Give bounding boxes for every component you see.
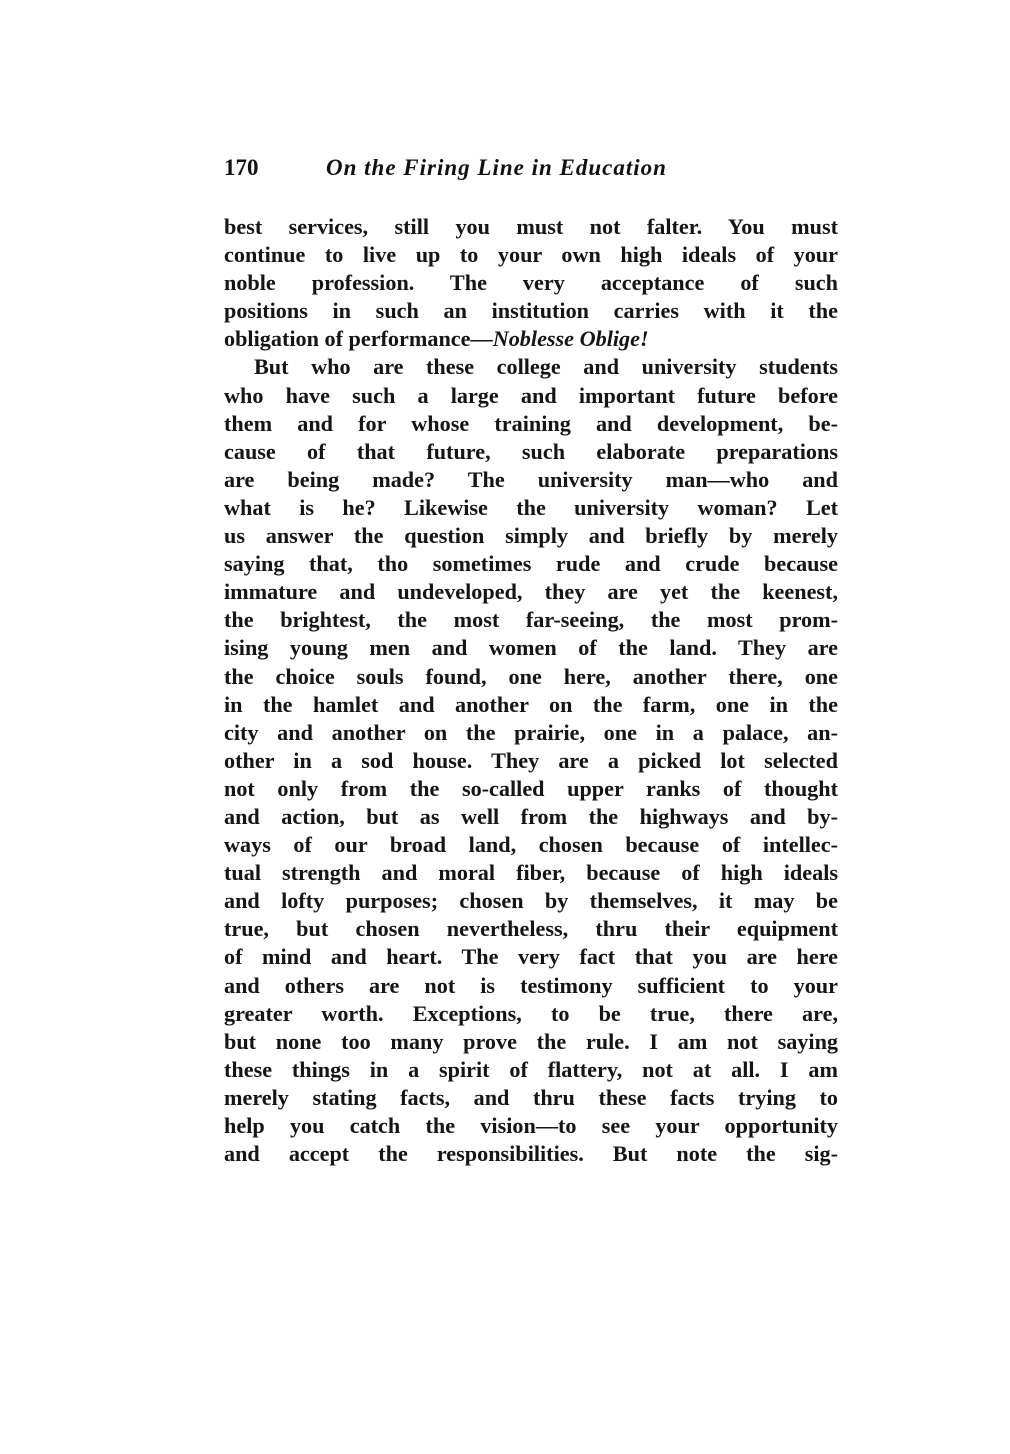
body-text: best services, still you must not falter… (224, 213, 838, 1168)
text-line: and others are not is testimony sufficie… (224, 972, 838, 1000)
text-line: ising young men and women of the land. T… (224, 634, 838, 662)
text-line: ways of our broad land, chosen because o… (224, 831, 838, 859)
text-line: continue to live up to your own high ide… (224, 241, 838, 269)
text-line: best services, still you must not falter… (224, 213, 838, 241)
text-line: other in a sod house. They are a picked … (224, 747, 838, 775)
text-line: help you catch the vision—to see your op… (224, 1112, 838, 1140)
text-line-paragraph-start: But who are these college and university… (224, 353, 838, 381)
text-run: obligation of performance— (224, 326, 493, 351)
text-line: immature and undeveloped, they are yet t… (224, 578, 838, 606)
text-line: these things in a spirit of flattery, no… (224, 1056, 838, 1084)
text-line: positions in such an institution carries… (224, 297, 838, 325)
text-line: true, but chosen nevertheless, thru thei… (224, 915, 838, 943)
book-title: On the Firing Line in Education (326, 155, 667, 181)
text-line: and action, but as well from the highway… (224, 803, 838, 831)
text-line: what is he? Likewise the university woma… (224, 494, 838, 522)
text-line: who have such a large and important futu… (224, 382, 838, 410)
text-line-paragraph-end: obligation of performance—Noblesse Oblig… (224, 325, 838, 353)
text-line: saying that, tho sometimes rude and crud… (224, 550, 838, 578)
text-line: are being made? The university man—who a… (224, 466, 838, 494)
text-line: merely stating facts, and thru these fac… (224, 1084, 838, 1112)
page-number: 170 (224, 155, 326, 181)
text-line: but none too many prove the rule. I am n… (224, 1028, 838, 1056)
text-line: cause of that future, such elaborate pre… (224, 438, 838, 466)
italic-phrase: Noblesse Oblige! (493, 326, 649, 351)
text-line: the brightest, the most far-seeing, the … (224, 606, 838, 634)
running-head: 170 On the Firing Line in Education (224, 155, 838, 191)
book-page: 170 On the Firing Line in Education best… (224, 155, 838, 1168)
text-line: tual strength and moral fiber, because o… (224, 859, 838, 887)
text-line: not only from the so-called upper ranks … (224, 775, 838, 803)
text-line: in the hamlet and another on the farm, o… (224, 691, 838, 719)
text-line: noble profession. The very acceptance of… (224, 269, 838, 297)
text-line: us answer the question simply and briefl… (224, 522, 838, 550)
text-line: and lofty purposes; chosen by themselves… (224, 887, 838, 915)
text-line: them and for whose training and developm… (224, 410, 838, 438)
text-line: the choice souls found, one here, anothe… (224, 663, 838, 691)
text-line: city and another on the prairie, one in … (224, 719, 838, 747)
text-line: of mind and heart. The very fact that yo… (224, 943, 838, 971)
text-line: and accept the responsibilities. But not… (224, 1140, 838, 1168)
text-line: greater worth. Exceptions, to be true, t… (224, 1000, 838, 1028)
